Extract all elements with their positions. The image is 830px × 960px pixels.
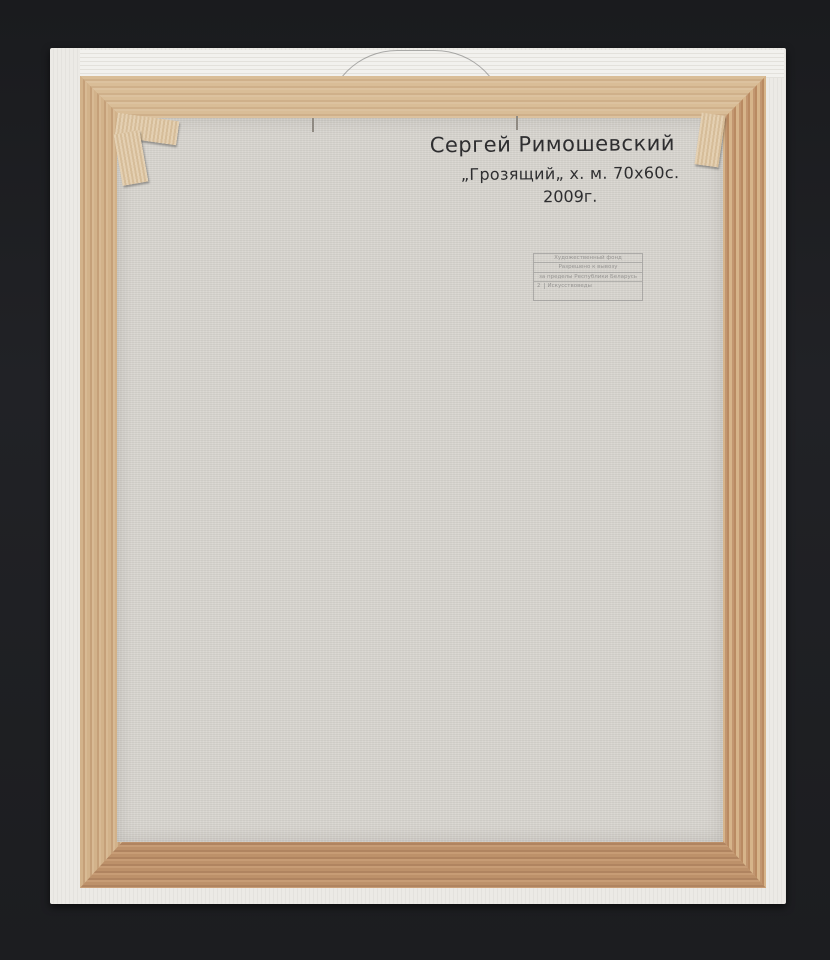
canvas-back: [117, 118, 723, 842]
artwork-title-medium-size: „Грозящий„ х. м. 70х60с.: [420, 163, 720, 185]
stamp-row-4-text: Искусствоведы: [548, 283, 592, 289]
stamp-row-3: за пределы Республики Беларусь: [534, 273, 642, 282]
export-permit-stamp: Художественный фонд Разрешено к вывозу з…: [533, 253, 643, 301]
stretcher-bar-right: [722, 76, 766, 888]
artist-name: Сергей Римошевский: [430, 131, 720, 158]
stamp-number: 2: [537, 283, 545, 289]
stretcher-bar-bottom: [80, 840, 766, 888]
nail-right: [516, 116, 518, 130]
stretcher-bar-top: [80, 76, 766, 120]
nail-left: [312, 118, 314, 132]
stamp-row-4: 2 Искусствоведы: [534, 282, 642, 290]
stamp-row-1: Художественный фонд: [534, 254, 642, 263]
artwork-year: 2009г.: [420, 186, 720, 208]
stamp-row-2: Разрешено к вывозу: [534, 263, 642, 272]
handwritten-inscription: Сергей Римошевский „Грозящий„ х. м. 70х6…: [420, 131, 721, 208]
